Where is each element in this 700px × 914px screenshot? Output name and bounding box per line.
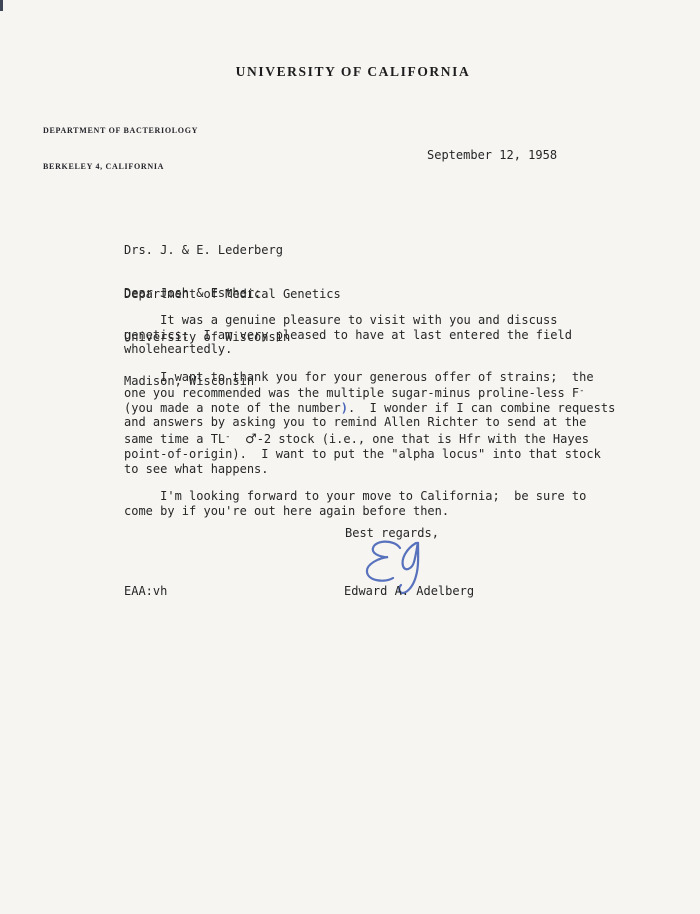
body-line: one you recommended was the multiple sug… bbox=[124, 384, 644, 401]
recipient-name: Drs. J. & E. Lederberg bbox=[124, 243, 341, 258]
paragraph: I want to thank you for your generous of… bbox=[124, 370, 644, 477]
body-line: genetics; I am very pleased to have at l… bbox=[124, 328, 644, 343]
body-line: to see what happens. bbox=[124, 462, 644, 477]
scan-artifact-mark bbox=[0, 0, 3, 11]
body-line: It was a genuine pleasure to visit with … bbox=[124, 313, 644, 328]
letter-date: September 12, 1958 bbox=[427, 148, 557, 162]
body-line: same time a TL- ♂-2 stock (i.e., one tha… bbox=[124, 430, 644, 448]
department-city-line: BERKELEY 4, CALIFORNIA bbox=[43, 161, 198, 173]
paragraph: I'm looking forward to your move to Cali… bbox=[124, 489, 644, 518]
body-line: point-of-origin). I want to put the "alp… bbox=[124, 447, 644, 462]
body-line: and answers by asking you to remind Alle… bbox=[124, 415, 644, 430]
body-line: (you made a note of the number). I wonde… bbox=[124, 401, 644, 416]
reference-initials: EAA:vh bbox=[124, 584, 167, 598]
salutation: Dear Josh & Esther: bbox=[124, 286, 261, 300]
letter-page: UNIVERSITY OF CALIFORNIA DEPARTMENT OF B… bbox=[0, 0, 700, 914]
body-line: I'm looking forward to your move to Cali… bbox=[124, 489, 644, 504]
body-line: wholeheartedly. bbox=[124, 342, 644, 357]
sender-typed-name: Edward A. Adelberg bbox=[344, 584, 474, 598]
letterhead-title: UNIVERSITY OF CALIFORNIA bbox=[236, 64, 471, 80]
body-line: come by if you're out here again before … bbox=[124, 504, 644, 519]
paragraph: It was a genuine pleasure to visit with … bbox=[124, 313, 644, 357]
body-line: I want to thank you for your generous of… bbox=[124, 370, 644, 385]
department-line: DEPARTMENT OF BACTERIOLOGY bbox=[43, 125, 198, 137]
signature-letter-e bbox=[367, 542, 400, 581]
letterhead-department: DEPARTMENT OF BACTERIOLOGY BERKELEY 4, C… bbox=[43, 101, 198, 197]
letter-body: It was a genuine pleasure to visit with … bbox=[124, 313, 644, 531]
